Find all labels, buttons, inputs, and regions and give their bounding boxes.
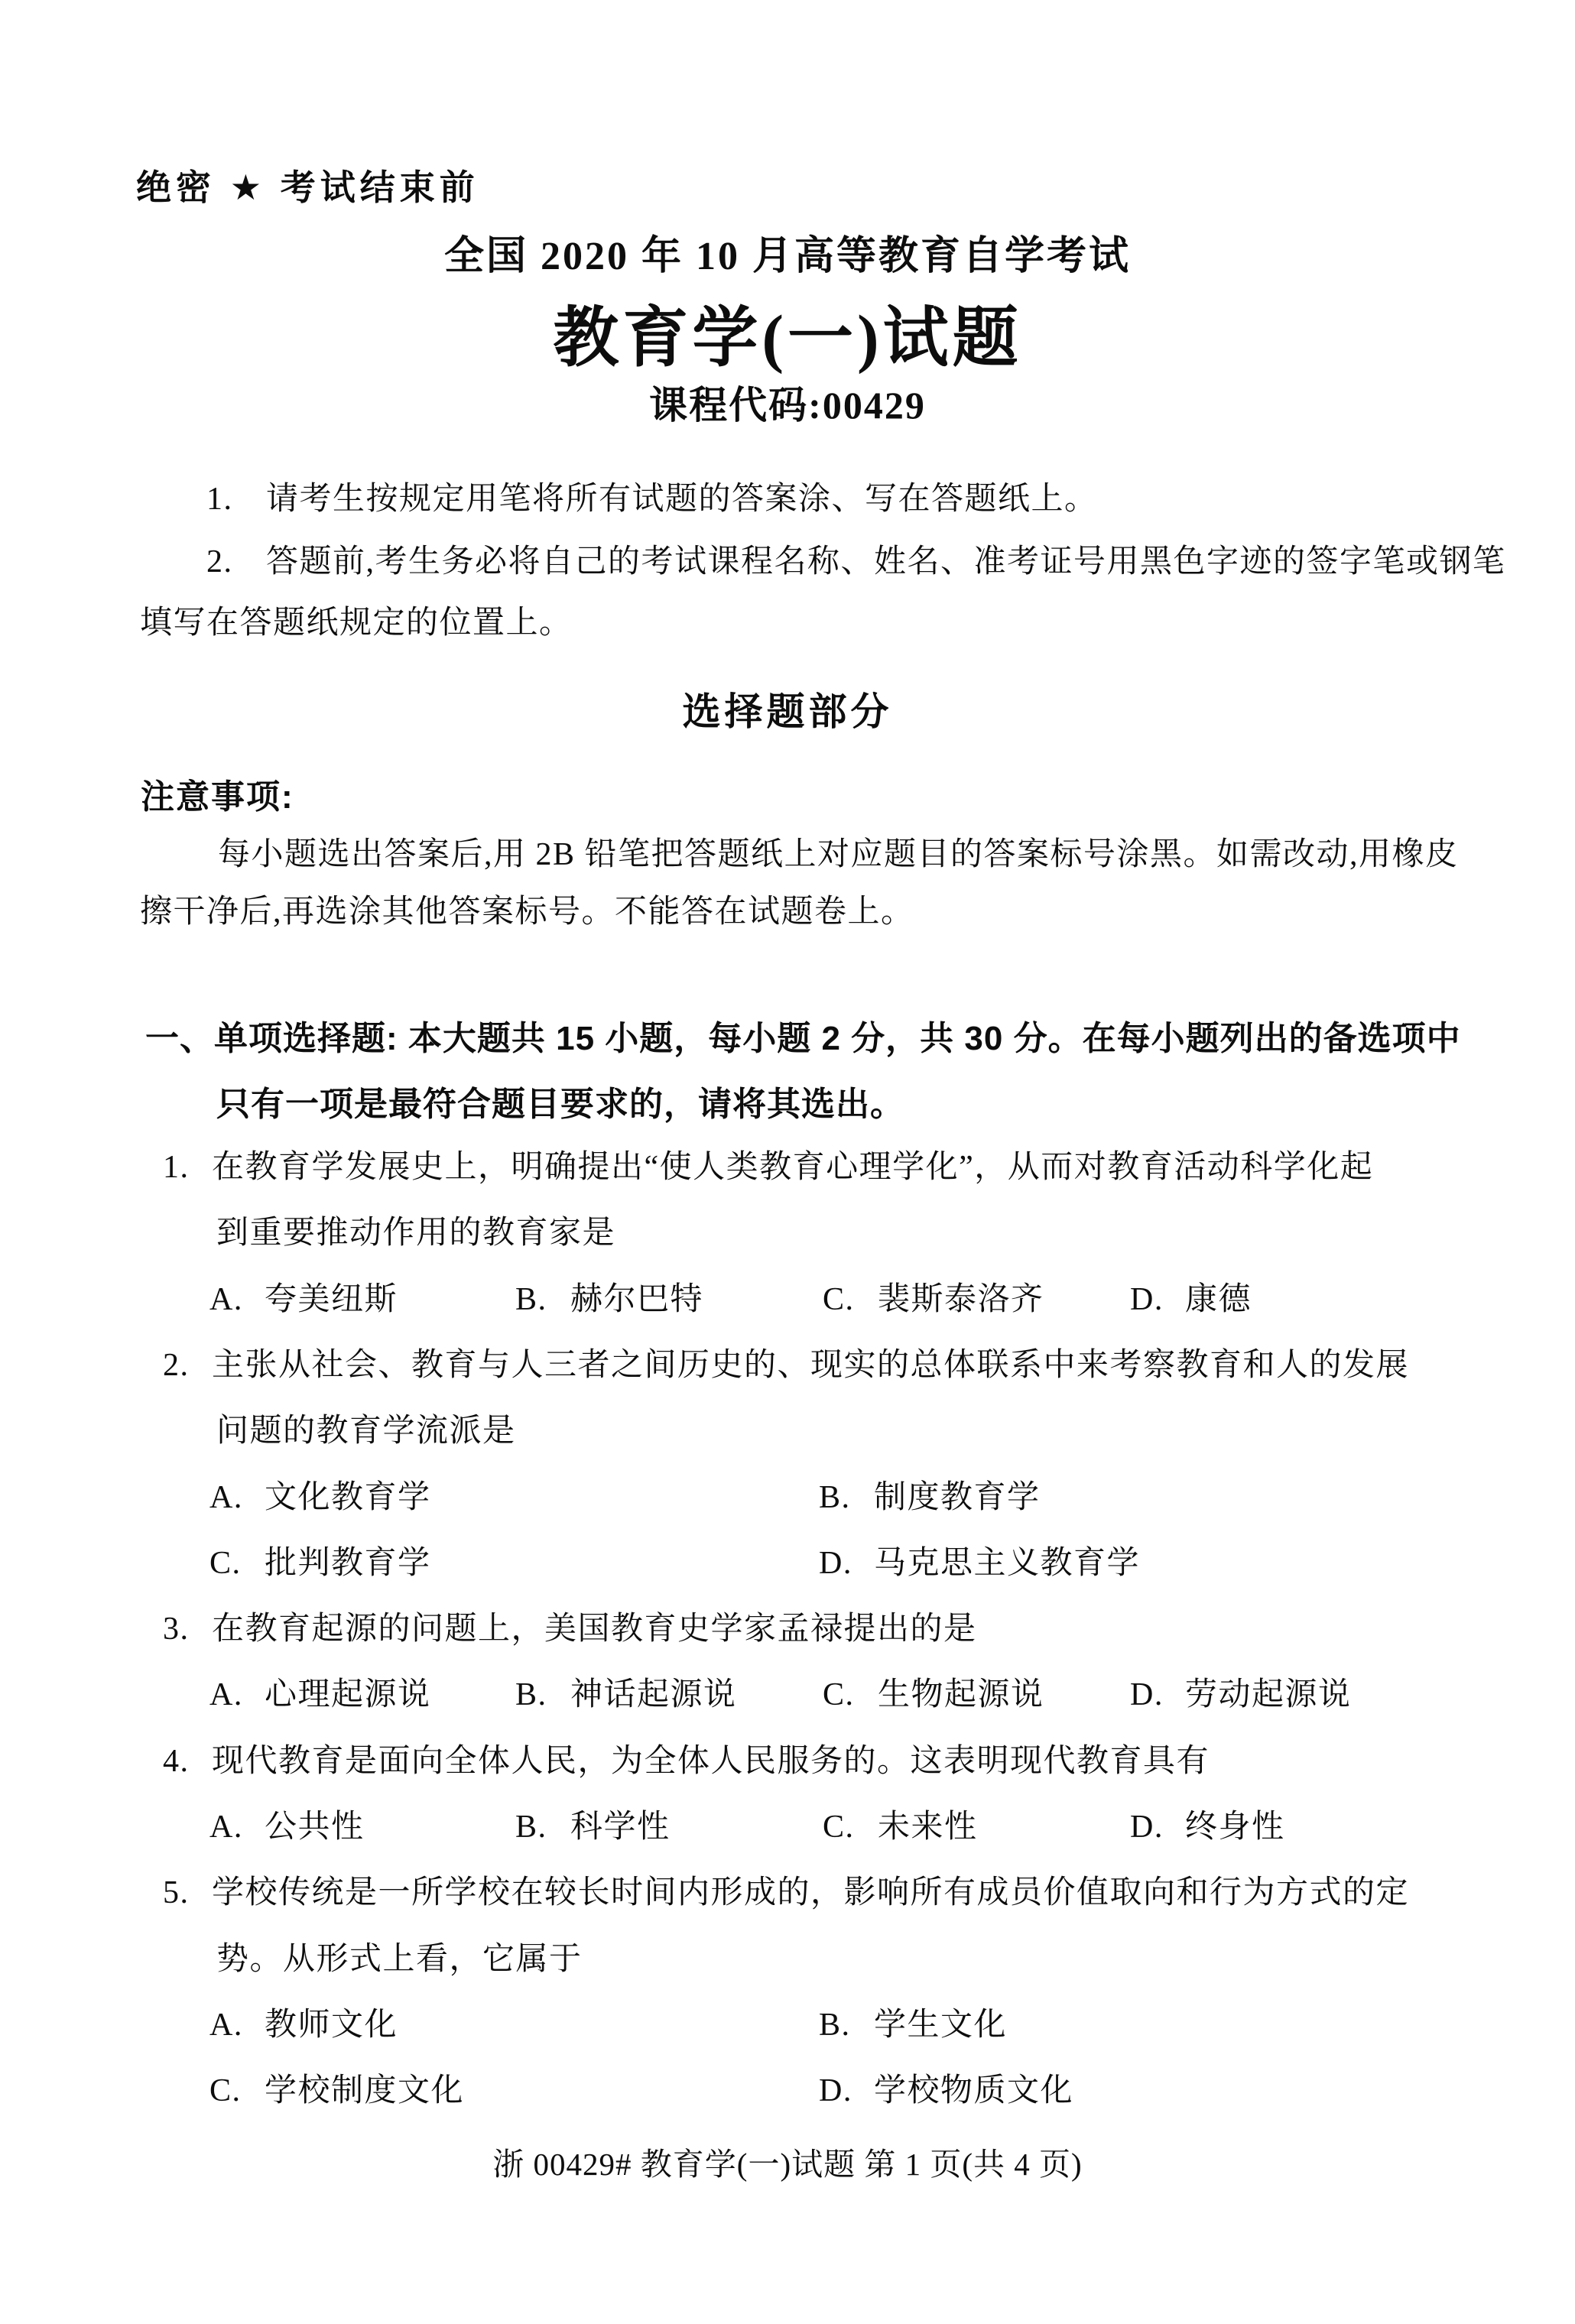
option-text: 赫尔巴特 xyxy=(570,1282,703,1317)
option-text: 康德 xyxy=(1185,1282,1252,1317)
notice-heading: 注意事项: xyxy=(141,778,294,817)
option-text: 生物起源说 xyxy=(878,1677,1044,1712)
question-stem-text: 现代教育是面向全体人民，为全体人民服务的。这表明现代教育具有 xyxy=(212,1744,1210,1779)
section-title: 选择题部分 xyxy=(0,690,1575,735)
option-label: A. xyxy=(209,1281,265,1318)
option-label: B. xyxy=(819,2007,874,2043)
option-text: 制度教育学 xyxy=(874,1480,1041,1515)
option-label: C. xyxy=(823,1676,878,1713)
question-2-option-D: D.马克思主义教育学 xyxy=(819,1545,1140,1582)
question-5-stem-line-2: 势。从形式上看，它属于 xyxy=(216,1941,583,1978)
instruction-item-2-line-1: 2. 答题前,考生务必将自己的考试课程名称、姓名、准考证号用黑色字迹的签字笔或钢… xyxy=(206,544,1506,580)
option-label: C. xyxy=(209,1545,265,1582)
question-5-option-C: C.学校制度文化 xyxy=(209,2072,464,2109)
question-3-option-A: A.心理起源说 xyxy=(209,1676,431,1713)
exam-paper-page: 绝密 ★ 考试结束前 全国 2020 年 10 月高等教育自学考试 教育学(一)… xyxy=(0,0,1575,2324)
question-4-option-B: B.科学性 xyxy=(515,1809,671,1845)
question-4-options-row: A.公共性B.科学性C.未来性D.终身性 xyxy=(0,1809,1575,1850)
page-footer: 浙 00429# 教育学(一)试题 第 1 页(共 4 页) xyxy=(0,2147,1575,2183)
question-3-stem-line-1: 3.在教育起源的问题上，美国教育史学家孟禄提出的是 xyxy=(163,1611,977,1647)
question-1-option-D: D.康德 xyxy=(1130,1281,1252,1318)
option-label: B. xyxy=(515,1809,570,1845)
question-stem-text: 问题的教育学流派是 xyxy=(216,1414,516,1449)
question-4-option-C: C.未来性 xyxy=(823,1809,978,1845)
option-text: 科学性 xyxy=(570,1810,671,1845)
option-text: 批判教育学 xyxy=(265,1546,431,1581)
part1-heading-line-1: 一、单项选择题: 本大题共 15 小题，每小题 2 分，共 30 分。在每小题列… xyxy=(145,1020,1461,1059)
option-label: D. xyxy=(1130,1281,1185,1318)
option-label: B. xyxy=(515,1676,570,1713)
question-3-option-C: C.生物起源说 xyxy=(823,1676,1044,1713)
question-1-stem-line-2: 到重要推动作用的教育家是 xyxy=(216,1215,615,1251)
paper-title: 教育学(一)试题 xyxy=(0,300,1575,376)
question-3-option-B: B.神话起源说 xyxy=(515,1676,737,1713)
question-5-options-row: A.教师文化B.学生文化 xyxy=(0,2007,1575,2048)
question-1-option-A: A.夸美纽斯 xyxy=(209,1281,398,1318)
question-2-stem-line-1: 2.主张从社会、教育与人三者之间历史的、现实的总体联系中来考察教育和人的发展 xyxy=(163,1347,1409,1384)
question-4-option-D: D.终身性 xyxy=(1130,1809,1285,1845)
option-label: A. xyxy=(209,2007,265,2043)
question-2-options-row: C.批判教育学D.马克思主义教育学 xyxy=(0,1545,1575,1586)
option-label: C. xyxy=(823,1281,878,1318)
question-4-number: 4. xyxy=(163,1743,212,1780)
question-1-options-row: A.夸美纽斯B.赫尔巴特C.裴斯泰洛齐D.康德 xyxy=(0,1281,1575,1323)
question-stem-text: 学校传统是一所学校在较长时间内形成的，影响所有成员价值取向和行为方式的定 xyxy=(212,1875,1409,1910)
option-text: 教师文化 xyxy=(265,2008,398,2043)
question-stem-text: 到重要推动作用的教育家是 xyxy=(216,1216,615,1251)
classification-banner: 绝密 ★ 考试结束前 xyxy=(136,167,479,208)
question-stem-text: 在教育学发展史上，明确提出“使人类教育心理学化”，从而对教育活动科学化起 xyxy=(212,1150,1373,1185)
option-label: C. xyxy=(823,1809,878,1845)
option-text: 劳动起源说 xyxy=(1185,1677,1352,1712)
question-2-number: 2. xyxy=(163,1347,212,1384)
question-2-option-A: A.文化教育学 xyxy=(209,1479,431,1516)
option-text: 神话起源说 xyxy=(570,1677,737,1712)
notice-line-1: 每小题选出答案后,用 2B 铅笔把答题纸上对应题目的答案标号涂黑。如需改动,用橡… xyxy=(218,836,1459,873)
option-label: D. xyxy=(1130,1809,1185,1845)
question-3-option-D: D.劳动起源说 xyxy=(1130,1676,1352,1713)
option-text: 夸美纽斯 xyxy=(265,1282,398,1317)
question-3-number: 3. xyxy=(163,1611,212,1647)
option-label: A. xyxy=(209,1809,265,1845)
option-label: D. xyxy=(1130,1676,1185,1713)
option-label: C. xyxy=(209,2072,265,2109)
option-label: A. xyxy=(209,1676,265,1713)
option-label: B. xyxy=(819,1479,874,1516)
question-4-option-A: A.公共性 xyxy=(209,1809,365,1845)
question-5-number: 5. xyxy=(163,1874,212,1911)
question-5-option-B: B.学生文化 xyxy=(819,2007,1007,2043)
notice-line-2: 擦干净后,再选涂其他答案标号。不能答在试题卷上。 xyxy=(140,894,914,930)
question-2-option-C: C.批判教育学 xyxy=(209,1545,431,1582)
option-text: 未来性 xyxy=(878,1810,978,1845)
question-2-option-B: B.制度教育学 xyxy=(819,1479,1041,1516)
question-1-option-C: C.裴斯泰洛齐 xyxy=(823,1281,1044,1318)
instruction-item-2-line-2: 填写在答题纸规定的位置上。 xyxy=(140,605,573,641)
option-label: D. xyxy=(819,2072,874,2109)
option-text: 学校物质文化 xyxy=(874,2073,1073,2108)
question-5-stem-line-1: 5.学校传统是一所学校在较长时间内形成的，影响所有成员价值取向和行为方式的定 xyxy=(163,1874,1409,1911)
option-text: 心理起源说 xyxy=(265,1677,431,1712)
question-5-option-A: A.教师文化 xyxy=(209,2007,398,2043)
exam-title: 全国 2020 年 10 月高等教育自学考试 xyxy=(0,234,1575,280)
option-text: 终身性 xyxy=(1185,1810,1285,1845)
course-code: 课程代码:00429 xyxy=(0,384,1575,428)
instruction-item-1: 1. 请考生按规定用笔将所有试题的答案涂、写在答题纸上。 xyxy=(206,481,1098,518)
question-stem-text: 在教育起源的问题上，美国教育史学家孟禄提出的是 xyxy=(212,1612,977,1647)
option-text: 公共性 xyxy=(265,1810,365,1845)
option-text: 裴斯泰洛齐 xyxy=(878,1282,1044,1317)
option-text: 学生文化 xyxy=(874,2008,1007,2043)
question-2-options-row: A.文化教育学B.制度教育学 xyxy=(0,1479,1575,1521)
question-stem-text: 势。从形式上看，它属于 xyxy=(216,1942,583,1977)
option-text: 马克思主义教育学 xyxy=(874,1546,1140,1581)
option-label: A. xyxy=(209,1479,265,1516)
option-label: B. xyxy=(515,1281,570,1318)
question-1-number: 1. xyxy=(163,1149,212,1186)
option-text: 学校制度文化 xyxy=(265,2073,464,2108)
question-1-option-B: B.赫尔巴特 xyxy=(515,1281,703,1318)
option-label: D. xyxy=(819,1545,874,1582)
part1-heading-line-2: 只有一项是最符合题目要求的，请将其选出。 xyxy=(216,1086,904,1125)
question-5-options-row: C.学校制度文化D.学校物质文化 xyxy=(0,2072,1575,2114)
question-2-stem-line-2: 问题的教育学流派是 xyxy=(216,1413,516,1449)
question-stem-text: 主张从社会、教育与人三者之间历史的、现实的总体联系中来考察教育和人的发展 xyxy=(212,1348,1409,1383)
question-5-option-D: D.学校物质文化 xyxy=(819,2072,1073,2109)
question-4-stem-line-1: 4.现代教育是面向全体人民，为全体人民服务的。这表明现代教育具有 xyxy=(163,1743,1210,1780)
question-3-options-row: A.心理起源说B.神话起源说C.生物起源说D.劳动起源说 xyxy=(0,1676,1575,1718)
question-1-stem-line-1: 1.在教育学发展史上，明确提出“使人类教育心理学化”，从而对教育活动科学化起 xyxy=(163,1149,1373,1186)
option-text: 文化教育学 xyxy=(265,1480,431,1515)
